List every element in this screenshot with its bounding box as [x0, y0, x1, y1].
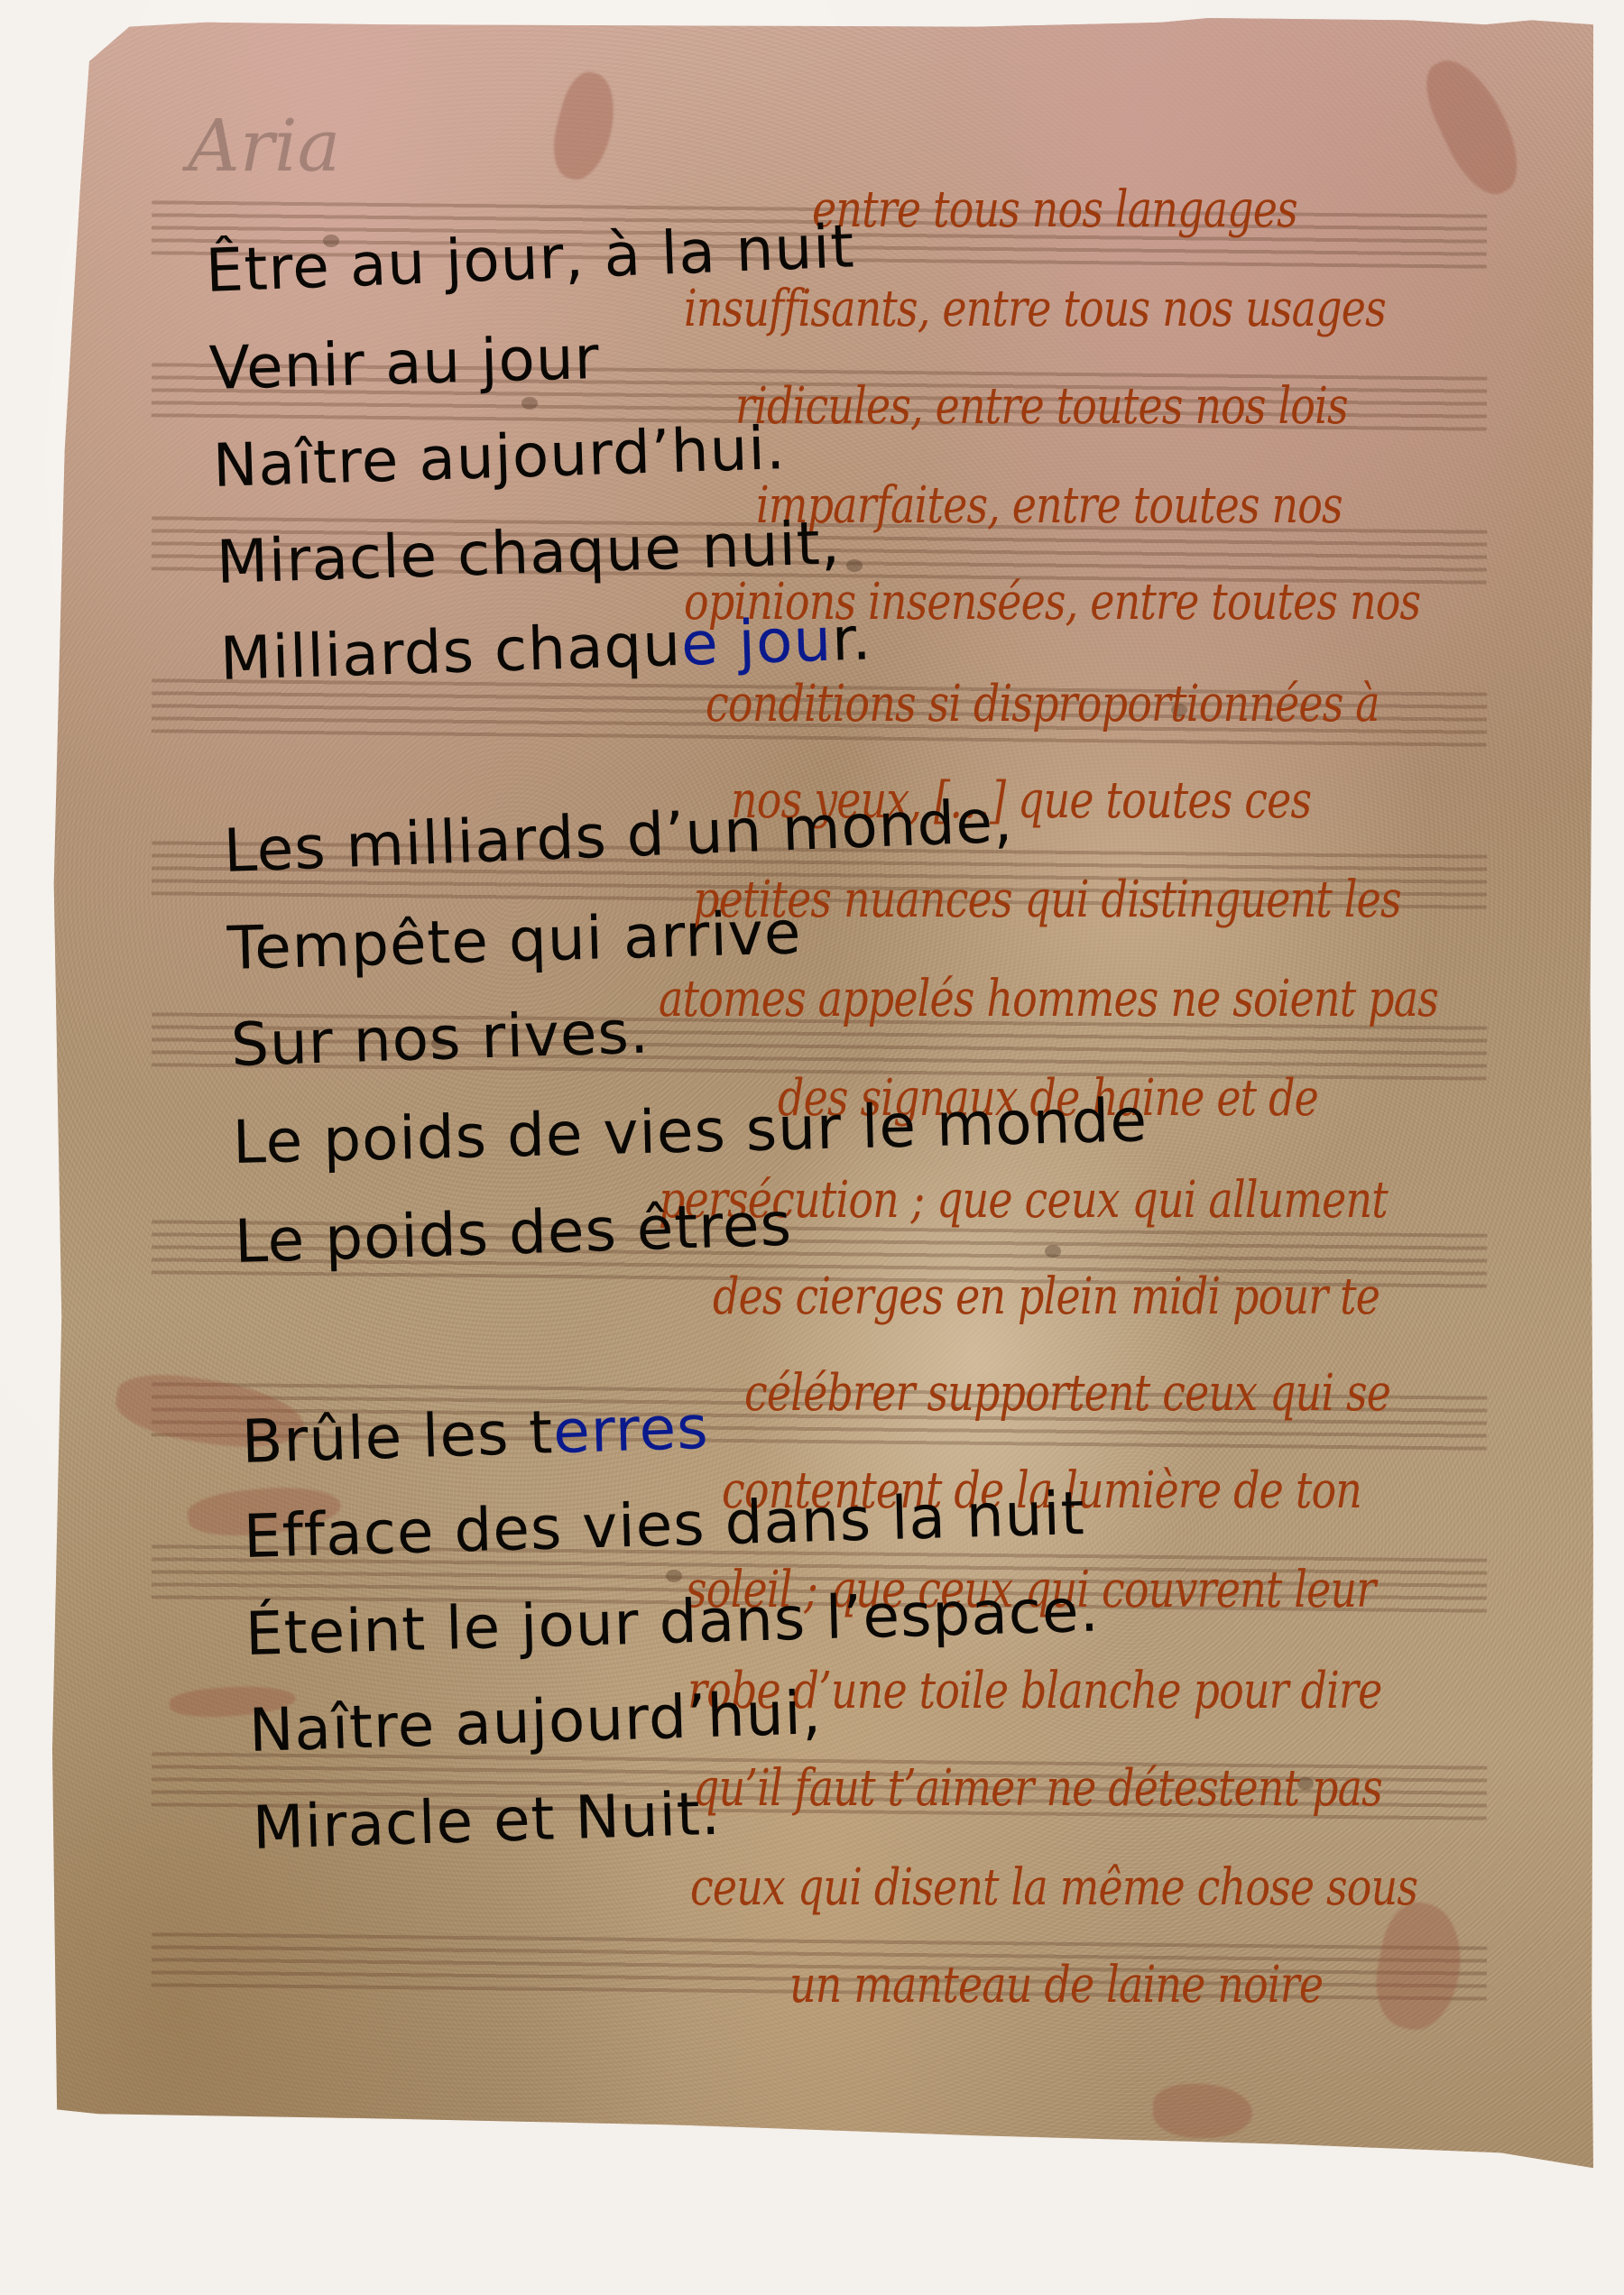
poem-line: Naître aujourd’hui. [212, 413, 787, 501]
poem-line: Le poids de vies sur le monde [232, 1085, 1149, 1177]
quote-line: célébrer supportent ceux qui se [744, 1364, 1390, 1423]
poem-line: Venir au jour [208, 323, 601, 403]
quote-line: atomes appelés hommes ne soient pas [659, 970, 1438, 1028]
quote-line: ceux qui disent la même chose sous [690, 1858, 1417, 1917]
highlighted-text: e jou [680, 605, 833, 679]
quote-line: imparfaites, entre toutes nos [756, 476, 1343, 535]
quote-line: ridicules, entre toutes nos lois [735, 377, 1348, 436]
poem-line: Éteint le jour dans l’espace. [245, 1576, 1101, 1669]
poem-text: Milliards chaqu [219, 610, 682, 694]
poem-line: Brûle les terres [241, 1393, 710, 1477]
poem-line: Miracle et Nuit. [252, 1779, 722, 1863]
quote-line: des cierges en plein midi pour te [713, 1267, 1379, 1326]
quote-line: entre tous nos langages [812, 180, 1297, 239]
poem-line: Naître aujourd’hui, [248, 1678, 823, 1765]
poem-line: Efface des vies dans la nuit [243, 1479, 1086, 1571]
quote-line: un manteau de laine noire [789, 1956, 1323, 2014]
poem-line: Le poids des êtres [234, 1190, 793, 1277]
poem-line: Sur nos rives. [230, 997, 651, 1080]
highlighted-text: erres [552, 1393, 710, 1467]
quote-line: insuffisants, entre tous nos usages [684, 280, 1386, 338]
quote-line: conditions si disproportionnées à [706, 675, 1379, 733]
poem-overlay: entre tous nos langages insuffisants, en… [0, 0, 1624, 2295]
poem-text: Brûle les t [241, 1397, 555, 1477]
poem-text: r. [831, 604, 872, 674]
quote-line: qu’il faut t’aimer ne détestent pas [693, 1759, 1382, 1818]
